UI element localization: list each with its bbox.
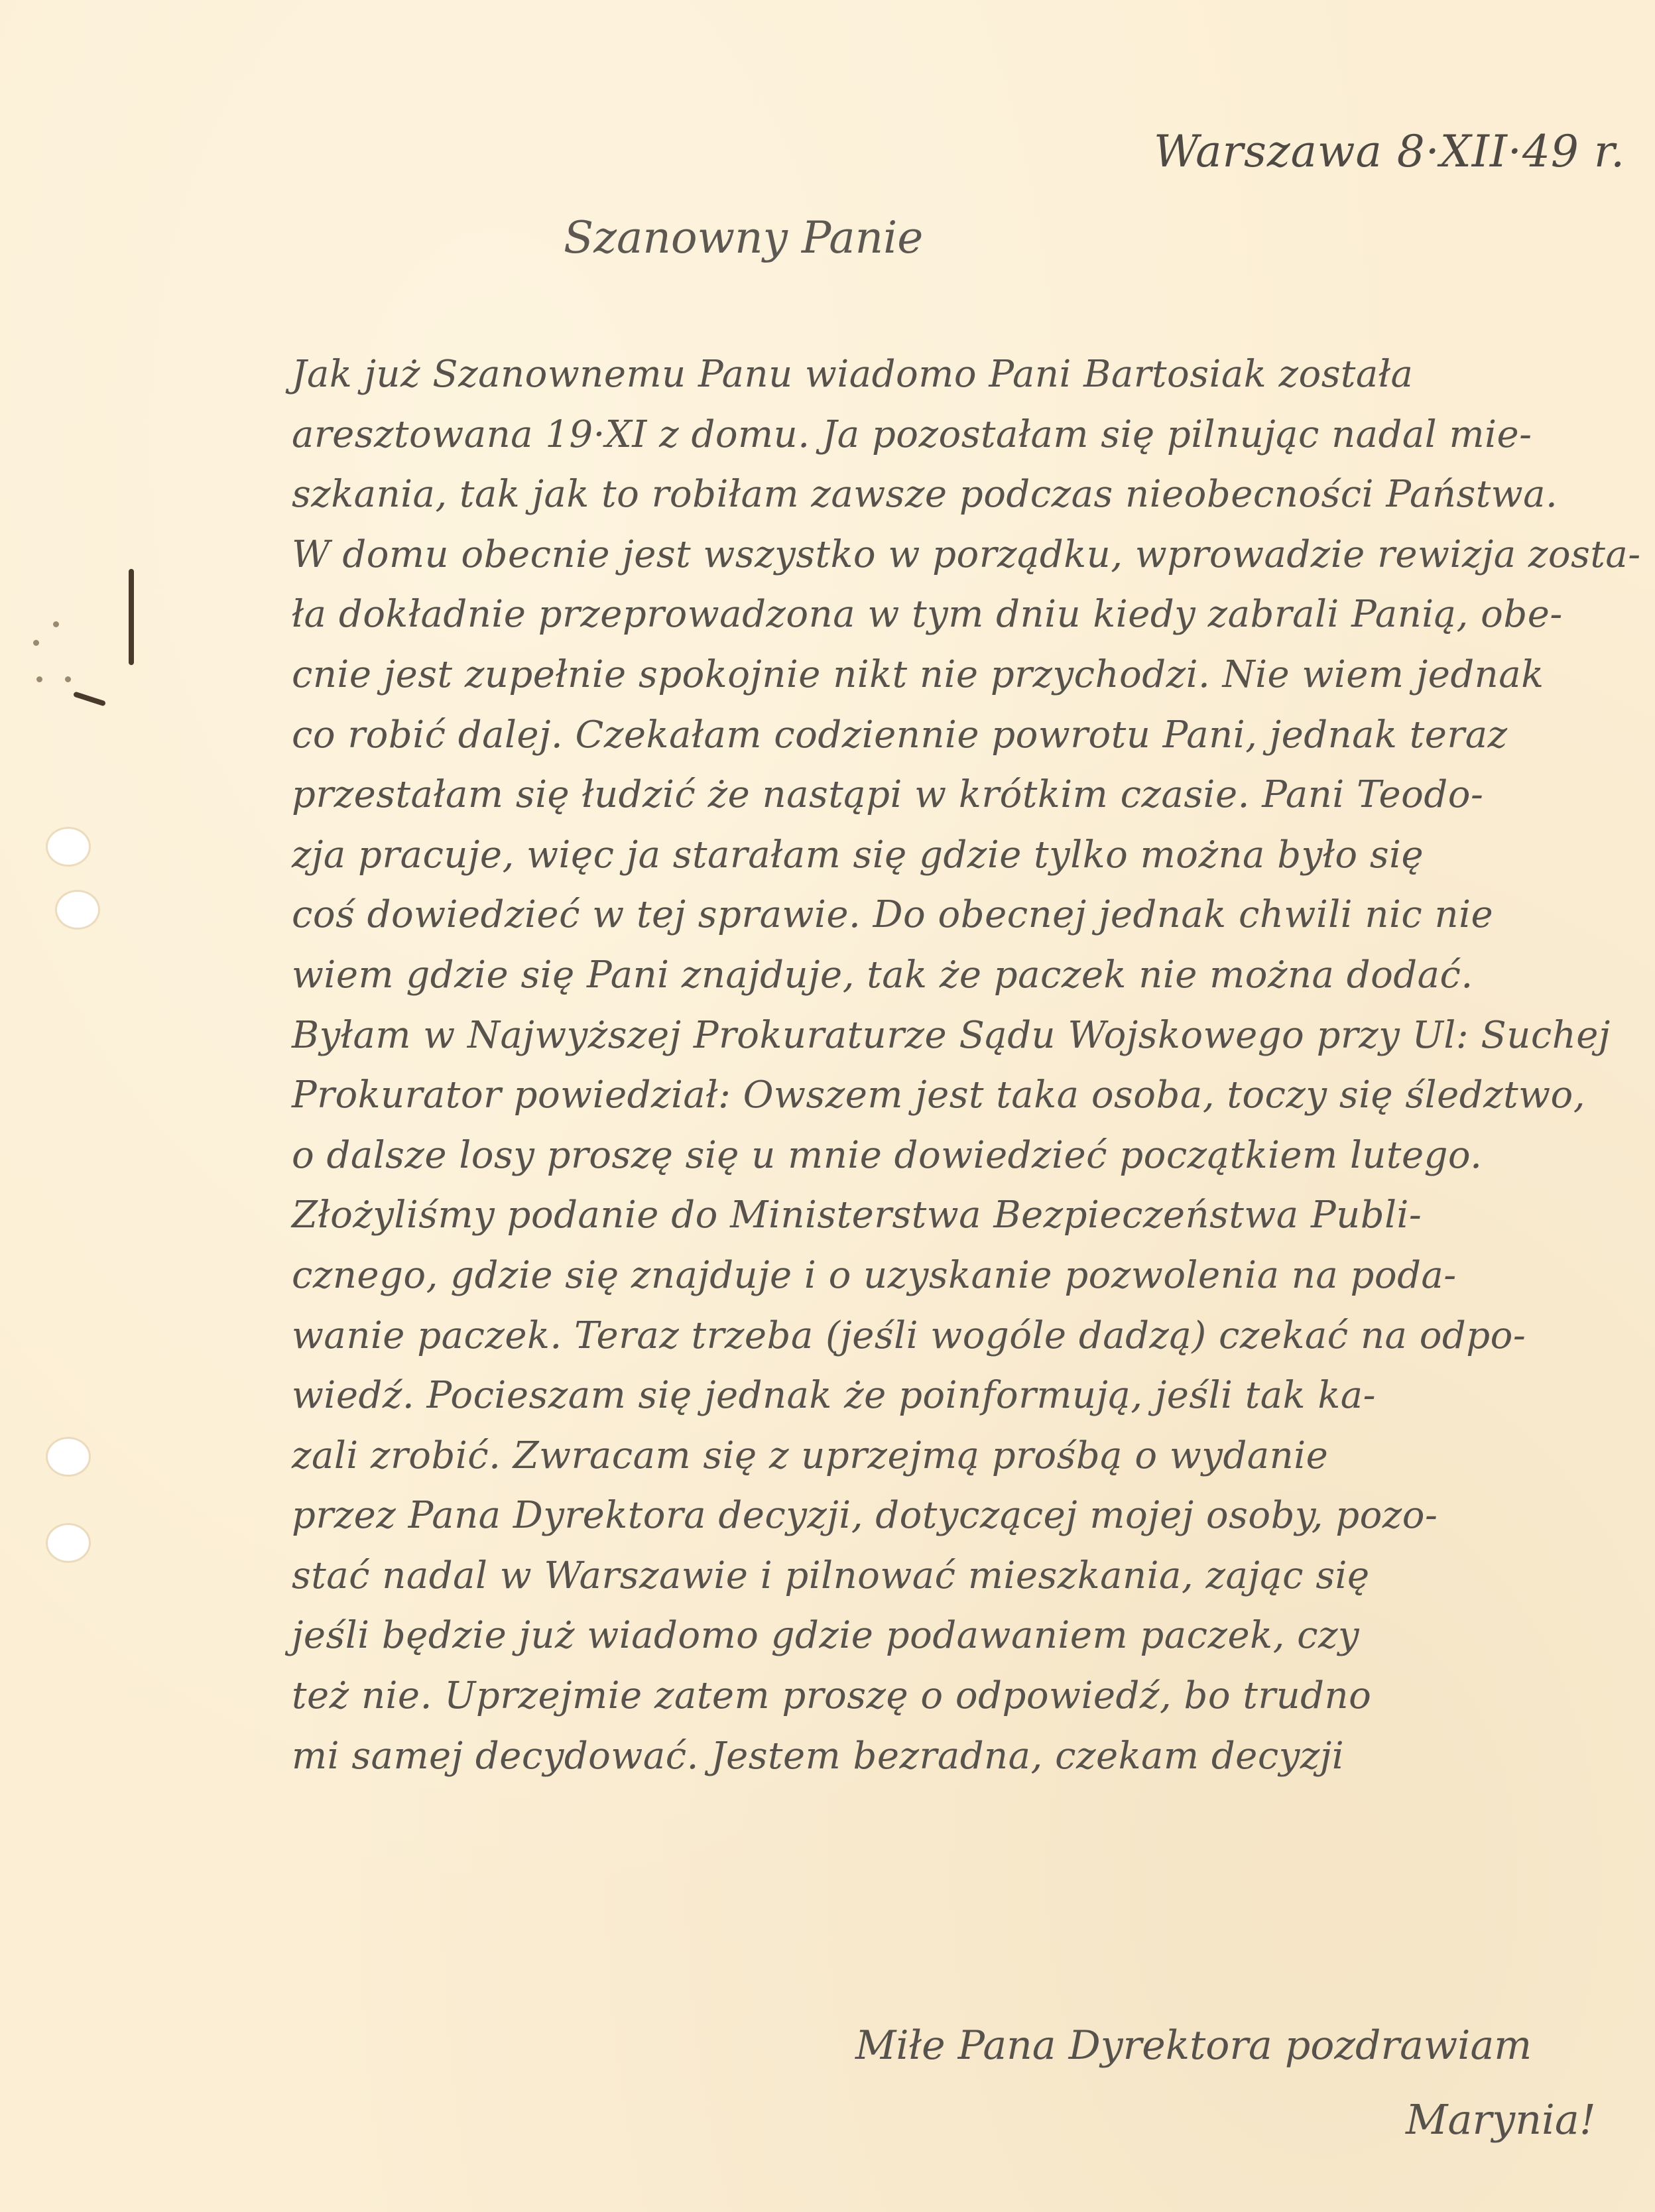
body-line: przestałam się łudzić że nastąpi w krótk… (292, 765, 1611, 826)
body-line: wiedź. Pocieszam się jednak że poinformu… (292, 1366, 1611, 1426)
body-line: co robić dalej. Czekałam codziennie powr… (292, 706, 1611, 766)
body-line: aresztowana 19·XI z domu. Ja pozostałam … (292, 405, 1611, 465)
body-line: zja pracuje, więc ja starałam się gdzie … (292, 826, 1611, 886)
ink-spatter (53, 621, 59, 627)
body-line: cnie jest zupełnie spokojnie nikt nie pr… (292, 645, 1611, 706)
ink-stroke-mark (129, 569, 134, 665)
body-line: też nie. Uprzejmie zatem proszę o odpowi… (292, 1666, 1611, 1727)
body-line: Jak już Szanownemu Panu wiadomo Pani Bar… (292, 345, 1611, 405)
punch-hole-4 (48, 1525, 89, 1561)
body-line: mi samej decydować. Jestem bezradna, cze… (292, 1727, 1611, 1787)
signature: Marynia! (1406, 2095, 1596, 2144)
body-line: jeśli będzie już wiadomo gdzie podawanie… (292, 1606, 1611, 1666)
place-date: Warszawa 8·XII·49 r. (1154, 126, 1625, 177)
letter-body: Jak już Szanownemu Panu wiadomo Pani Bar… (292, 345, 1611, 1786)
body-line: Byłam w Najwyższej Prokuraturze Sądu Woj… (292, 1006, 1611, 1066)
body-line: przez Pana Dyrektora decyzji, dotyczącej… (292, 1486, 1611, 1546)
punch-hole-3 (48, 1439, 89, 1475)
letter-page: Warszawa 8·XII·49 r. Szanowny Panie Jak … (0, 0, 1655, 2212)
ink-curve-mark (73, 691, 106, 706)
body-line: szkania, tak jak to robiłam zawsze podcz… (292, 465, 1611, 525)
body-line: zali zrobić. Zwracam się z uprzejmą proś… (292, 1426, 1611, 1487)
body-line: ła dokładnie przeprowadzona w tym dniu k… (292, 585, 1611, 645)
ink-spatter (33, 640, 39, 646)
body-line: wiem gdzie się Pani znajduje, tak że pac… (292, 946, 1611, 1006)
punch-hole-2 (57, 892, 98, 928)
ink-spatter (65, 676, 71, 682)
body-line: wanie paczek. Teraz trzeba (jeśli wogóle… (292, 1306, 1611, 1367)
ink-spatter (36, 676, 42, 682)
body-line: cznego, gdzie się znajduje i o uzyskanie… (292, 1246, 1611, 1306)
closing-line: Miłe Pana Dyrektora pozdrawiam (855, 2022, 1532, 2069)
body-line: Złożyliśmy podanie do Ministerstwa Bezpi… (292, 1186, 1611, 1246)
body-line: W domu obecnie jest wszystko w porządku,… (292, 525, 1611, 585)
punch-hole-1 (48, 829, 89, 865)
body-line: o dalsze losy proszę się u mnie dowiedzi… (292, 1126, 1611, 1186)
body-line: Prokurator powiedział: Owszem jest taka … (292, 1066, 1611, 1126)
salutation: Szanowny Panie (564, 212, 923, 263)
body-line: stać nadal w Warszawie i pilnować mieszk… (292, 1546, 1611, 1607)
body-line: coś dowiedzieć w tej sprawie. Do obecnej… (292, 885, 1611, 946)
